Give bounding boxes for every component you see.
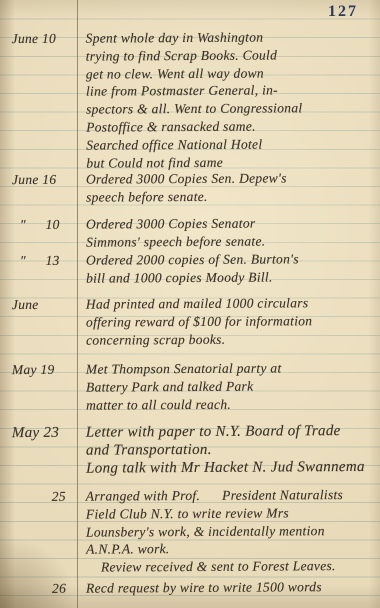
entry-line: line from Postmaster General, in- bbox=[86, 81, 375, 101]
entry-line: Spent whole day in Washington bbox=[86, 28, 375, 48]
entry-line: Recd request by wire to write 1500 words bbox=[86, 578, 375, 598]
entry-line: get no clew. Went all way down bbox=[86, 63, 375, 83]
entry-line: concerning scrap books. bbox=[86, 329, 375, 349]
entries-list: June 10Spent whole day in Washingtontryi… bbox=[0, 0, 380, 608]
entry-line: Simmons' speech before senate. bbox=[86, 232, 375, 252]
entry-line: spectors & all. Went to Congressional bbox=[86, 99, 375, 119]
journal-entry: ″ 13Ordered 2000 copies of Sen. Burton's… bbox=[0, 250, 380, 288]
entry-date: June 16 bbox=[12, 171, 82, 189]
journal-entry: ″ 10Ordered 3000 Copies SenatorSimmons' … bbox=[0, 214, 380, 252]
entry-line: Lounsbery's work, & incidentally mention bbox=[86, 521, 375, 541]
entry-body: Met Thompson Senatorial party atBattery … bbox=[86, 359, 375, 414]
entry-line: Met Thompson Senatorial party at bbox=[86, 359, 375, 379]
journal-entry: JuneHad printed and mailed 1000 circular… bbox=[0, 294, 380, 350]
entry-body: Arranged with Prof. President Naturalist… bbox=[86, 486, 376, 577]
entry-line: matter to all could reach. bbox=[86, 394, 375, 414]
entry-line: and Transportation. bbox=[86, 441, 375, 461]
entry-date: May 19 bbox=[12, 361, 82, 379]
journal-entry: May 19Met Thompson Senatorial party atBa… bbox=[0, 359, 380, 415]
entry-date: 25 bbox=[12, 487, 122, 505]
entry-line: trying to find Scrap Books. Could bbox=[86, 46, 375, 66]
journal-page: 127 June 10Spent whole day in Washington… bbox=[0, 0, 380, 608]
entry-line: Postoffice & ransacked same. bbox=[86, 117, 375, 137]
entry-date: June bbox=[12, 296, 82, 314]
journal-entry: June 16Ordered 3000 Copies Sen. Depew'ss… bbox=[0, 169, 380, 207]
entry-body: Spent whole day in Washingtontrying to f… bbox=[86, 28, 376, 172]
entry-line: A.N.P.A. work. bbox=[86, 539, 375, 559]
entry-body: Recd request by wire to write 1500 words bbox=[86, 578, 375, 598]
journal-entry: 26Recd request by wire to write 1500 wor… bbox=[0, 578, 380, 598]
entry-date: June 10 bbox=[12, 30, 82, 48]
entry-body: Ordered 3000 Copies Sen. Depew'sspeech b… bbox=[86, 169, 375, 206]
entry-line: Review received & sent to Forest Leaves. bbox=[86, 557, 375, 577]
entry-line: Ordered 3000 Copies Senator bbox=[86, 214, 375, 234]
entry-body: Had printed and mailed 1000 circularsoff… bbox=[86, 294, 375, 349]
entry-line: bill and 1000 copies Moody Bill. bbox=[86, 268, 375, 288]
entry-line: Searched office National Hotel bbox=[86, 135, 375, 155]
entry-line: Battery Park and talked Park bbox=[86, 377, 375, 397]
entry-date: May 23 bbox=[12, 425, 82, 443]
entry-body: Ordered 2000 copies of Sen. Burton'sbill… bbox=[86, 250, 375, 287]
journal-entry: May 23Letter with paper to N.Y. Board of… bbox=[0, 423, 380, 479]
entry-line: Arranged with Prof. President Naturalist… bbox=[86, 486, 375, 506]
entry-date: 26 bbox=[12, 579, 122, 597]
entry-date: ″ 13 bbox=[12, 252, 90, 270]
entry-line: Field Club N.Y. to write review Mrs bbox=[86, 504, 375, 524]
entry-line: Had printed and mailed 1000 circulars bbox=[86, 294, 375, 314]
entry-line: speech before senate. bbox=[86, 187, 375, 207]
journal-entry: June 10Spent whole day in Washingtontryi… bbox=[0, 28, 380, 173]
entry-line: Long talk with Mr Hacket N. Jud Swannema bbox=[86, 458, 375, 478]
entry-body: Letter with paper to N.Y. Board of Trade… bbox=[86, 423, 375, 478]
entry-line: Letter with paper to N.Y. Board of Trade bbox=[86, 423, 375, 443]
entry-line: Ordered 3000 Copies Sen. Depew's bbox=[86, 169, 375, 189]
entry-date: ″ 10 bbox=[12, 216, 90, 234]
entry-line: Ordered 2000 copies of Sen. Burton's bbox=[86, 250, 375, 270]
entry-body: Ordered 3000 Copies SenatorSimmons' spee… bbox=[86, 214, 375, 251]
entry-line: offering reward of $100 for information bbox=[86, 312, 375, 332]
journal-entry: 25Arranged with Prof. President Naturali… bbox=[0, 486, 380, 577]
